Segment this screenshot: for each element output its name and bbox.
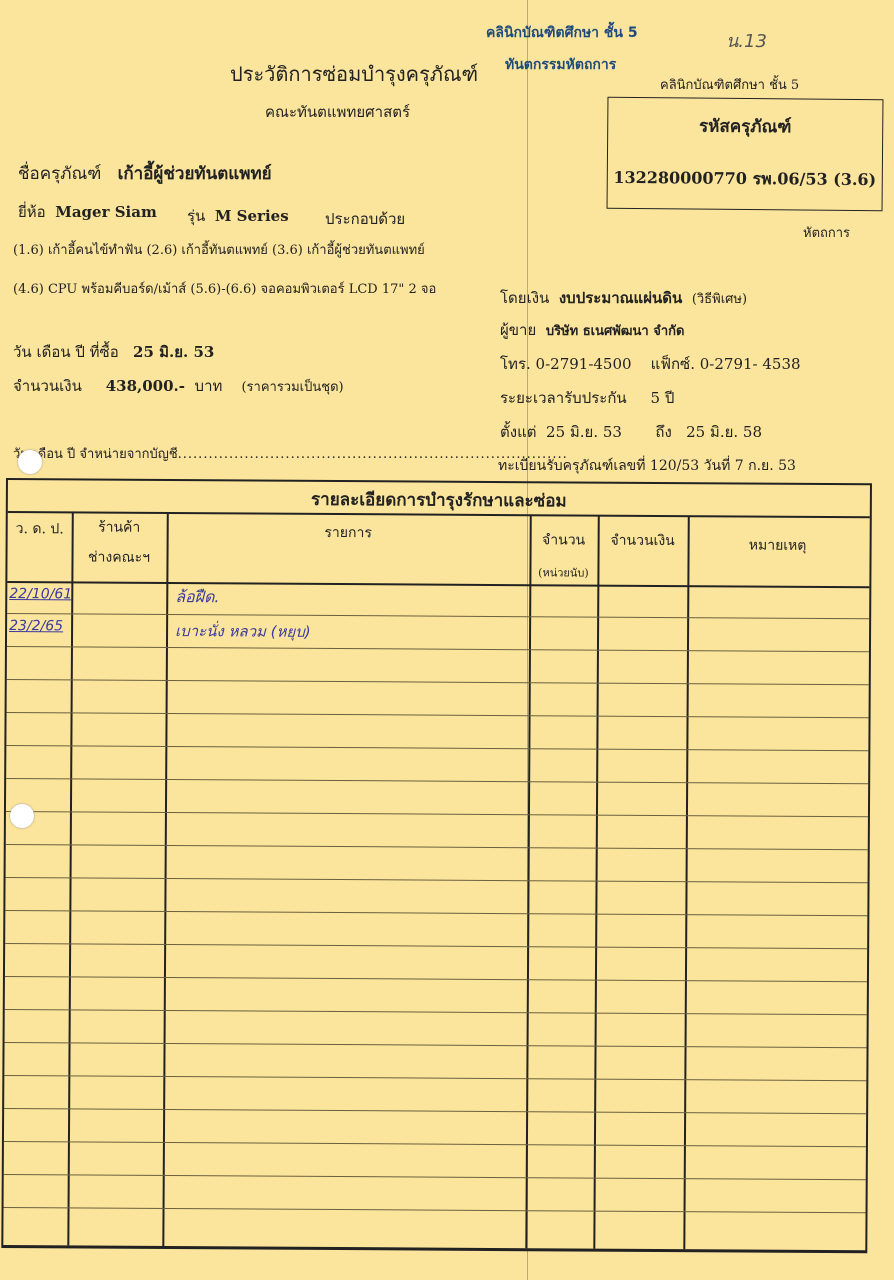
col-header-shop-line2: ช่างคณะฯ: [71, 546, 166, 569]
col-header-qty: จำนวน: [530, 529, 598, 551]
amount-row: จำนวนเงิน 438,000.- บาท (ราคารวมเป็นชุด): [13, 374, 344, 398]
contact-row: โทร. 0-2791-4500 แฟ็กซ์. 0-2791- 4538: [500, 352, 801, 376]
col-header-item: รายการ: [167, 521, 530, 545]
funding-method: (วิธีพิเศษ): [692, 292, 747, 307]
row-2-date: 23/2/65: [9, 618, 63, 634]
row-line: [6, 877, 868, 883]
row-line: [4, 1207, 866, 1213]
row-line: [7, 712, 869, 718]
row-line: [5, 1009, 867, 1015]
col-header-amount: จำนวนเงิน: [598, 530, 688, 553]
maintenance-table: รายละเอียดการบำรุงรักษาและซ่อม ว. ด. ป. …: [1, 478, 872, 1253]
clinic-name: คลินิกบัณฑิตศึกษา ชั้น 5: [660, 74, 799, 95]
row-line: [6, 811, 868, 817]
department-name: หัตถการ: [803, 222, 850, 243]
seller-phone: โทร. 0-2791-4500: [500, 355, 632, 373]
row-line: [5, 910, 867, 916]
row-line: [5, 943, 867, 949]
model-row: รุ่น M Series: [187, 204, 289, 228]
row-line: [4, 1075, 866, 1081]
equipment-code-value: 132280000770 รพ.06/53 (3.6): [608, 166, 882, 193]
amount-label: จำนวนเงิน: [13, 377, 82, 395]
components-label: ประกอบด้วย: [325, 207, 405, 231]
components-line-1: (1.6) เก้าอี้คนไข้ทำฟัน (2.6) เก้าอี้ทัน…: [13, 239, 425, 260]
clinic-stamp-line1: คลินิกบัณฑิตศึกษา ชั้น 5: [486, 22, 638, 44]
funding-source: งบประมาณแผ่นดิน: [559, 289, 682, 307]
col-divider: [67, 512, 73, 1245]
warranty-to: 25 มิ.ย. 58: [686, 423, 762, 441]
col-header-note: หมายเหตุ: [688, 534, 868, 557]
row-line: [7, 679, 869, 685]
seller-row: ผู้ขาย บริษัท ธเนศพัฒนา จำกัด: [500, 318, 684, 342]
components-line-2: (4.6) CPU พร้อมคีบอร์ด/เม้าส์ (5.6)-(6.6…: [13, 278, 436, 299]
col-divider: [525, 515, 531, 1248]
col-header-qty-unit: (หน่วยนับ): [529, 563, 597, 581]
punch-hole: [18, 450, 42, 474]
amount-note: (ราคารวมเป็นชุด): [241, 380, 343, 395]
col-header-shop: ร้านค้า: [72, 516, 167, 539]
faculty-name: คณะทันตแพทยศาสตร์: [265, 100, 410, 124]
row-2-item: เบาะนั่ง หลวม (หยุบ): [175, 619, 311, 644]
equipment-name: เก้าอี้ผู้ช่วยทันตแพทย์: [118, 164, 272, 184]
handwritten-page-number: น.13: [726, 26, 767, 55]
warranty-from: 25 มิ.ย. 53: [546, 423, 622, 441]
seller-name: บริษัท ธเนศพัฒนา จำกัด: [546, 324, 685, 339]
warranty-label: ระยะเวลารับประกัน: [500, 389, 627, 407]
funding-label: โดยเงิน: [500, 289, 549, 307]
row-1-date: 22/10/61: [9, 586, 72, 602]
seller-fax: แฟ็กซ์. 0-2791- 4538: [651, 355, 801, 373]
header-divider: [7, 581, 869, 588]
warranty-range-row: ตั้งแต่ 25 มิ.ย. 53 ถึง 25 มิ.ย. 58: [500, 420, 762, 444]
equipment-code-box: รหัสครุภัณฑ์ 132280000770 รพ.06/53 (3.6): [607, 97, 884, 211]
page-title: ประวัติการซ่อมบำรุงครุภัณฑ์: [230, 58, 478, 90]
row-line: [4, 1108, 866, 1114]
row-line: [5, 1042, 867, 1048]
row-line: [4, 1141, 866, 1147]
currency: บาท: [195, 377, 223, 395]
model-value: M Series: [215, 207, 289, 225]
brand-label: ยี่ห้อ: [18, 203, 46, 221]
row-line: [4, 1174, 866, 1180]
row-line: [6, 844, 868, 850]
equipment-code-label: รหัสครุภัณฑ์: [608, 112, 882, 141]
warranty-row: ระยะเวลารับประกัน 5 ปี: [500, 386, 674, 410]
equipment-name-row: ชื่อครุภัณฑ์ เก้าอี้ผู้ช่วยทันตแพทย์: [18, 160, 272, 187]
register-info: ทะเบียนรับครุภัณฑ์เลขที่ 120/53 วันที่ 7…: [498, 455, 796, 477]
funding-row: โดยเงิน งบประมาณแผ่นดิน (วิธีพิเศษ): [500, 286, 747, 310]
to-label: ถึง: [655, 423, 671, 441]
brand-value: Mager Siam: [55, 203, 157, 221]
row-1-item: ล้อฝืด.: [175, 585, 219, 610]
row-line: [6, 778, 868, 784]
brand-row: ยี่ห้อ Mager Siam: [18, 200, 157, 224]
writeoff-row: วัน เดือน ปี จำหน่ายจากบัญชี............…: [13, 443, 568, 464]
model-label: รุ่น: [187, 207, 205, 225]
row-line: [5, 976, 867, 982]
col-divider: [162, 513, 168, 1246]
punch-hole: [10, 804, 34, 828]
row-line: [7, 646, 869, 652]
row-line: [6, 745, 868, 751]
purchase-date-label: วัน เดือน ปี ที่ซื้อ: [13, 343, 119, 361]
from-label: ตั้งแต่: [500, 423, 536, 441]
col-divider: [683, 516, 689, 1249]
warranty-period: 5 ปี: [651, 389, 675, 407]
row-line: [7, 613, 869, 619]
purchase-date-row: วัน เดือน ปี ที่ซื้อ 25 มิ.ย. 53: [13, 340, 214, 364]
col-header-date: ว. ด. ป.: [8, 518, 72, 540]
col-divider: [593, 516, 599, 1249]
equipment-name-label: ชื่อครุภัณฑ์: [18, 164, 101, 184]
purchase-date: 25 มิ.ย. 53: [133, 343, 214, 361]
seller-label: ผู้ขาย: [500, 321, 536, 339]
clinic-stamp-line2: ทันตกรรมหัตถการ: [505, 54, 616, 76]
amount-value: 438,000.-: [106, 377, 185, 395]
